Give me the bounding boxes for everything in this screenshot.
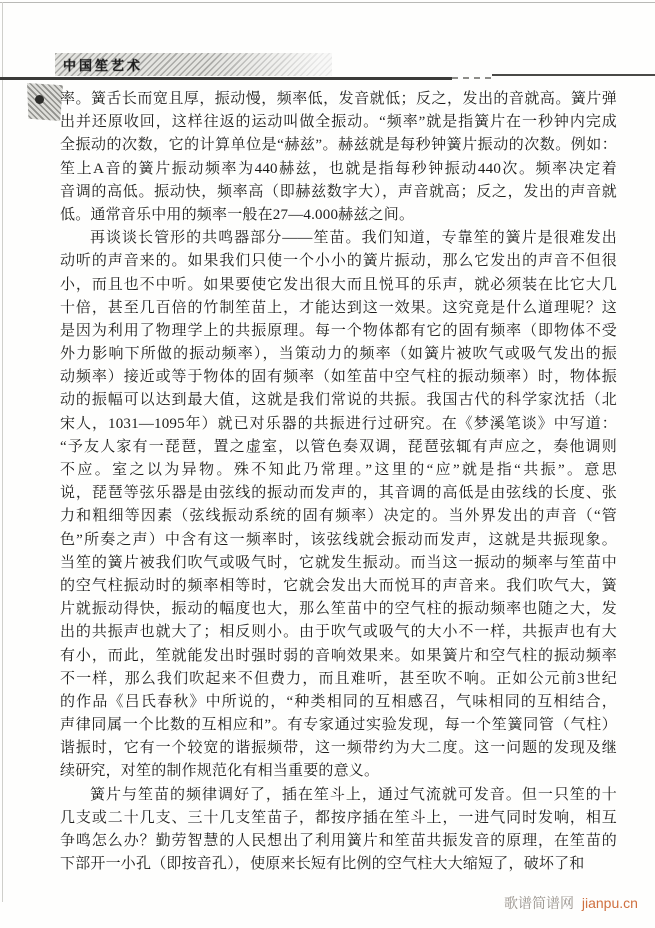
- scanned-book-page: 中国笙艺术 率。簧舌长而宽且厚，振动慢，频率低，发音就低；反之，发出的音就高。簧…: [0, 0, 655, 928]
- text-line: 力和粗细等因素（弦线振动系统的固有频率）决定的。当外界发出的声音（“管: [60, 505, 617, 528]
- text-line: 十倍，甚至几百倍的竹制笙苗上，才能达到这一效果。这究竟是什么道理呢？这: [60, 297, 617, 320]
- text-line: 宋人，1031—1095年）就已对乐器的共振进行过研究。在《梦溪笔谈》中写道：: [60, 413, 617, 436]
- text-line: 动听的声音来的。如果我们只使一个小小的簧片振动，那么它发出的声音不但很: [60, 250, 617, 273]
- text-line: 小，而且也不中听。如果要使它发出很大而且悦耳的乐声，就必须装在比它大几: [60, 274, 617, 297]
- text-line: 的作品《吕氏春秋》中所说的，“种类相同的互相感召，气味相同的互相结合，: [60, 691, 617, 714]
- text-line: 动的振幅可以达到最大值，这就是我们常说的共振。我国古代的科学家沈括（北: [60, 389, 617, 412]
- text-line: 有小，而此，笙就能发出时强时弱的音响效果来。如果簧片和空气柱的振动频率: [60, 645, 617, 668]
- page-edge-top: [0, 2, 655, 3]
- watermark-site-name: 歌谱简谱网: [504, 895, 574, 911]
- text-line: 续研究，对笙的制作规范化有相当重要的意义。: [60, 760, 617, 783]
- text-line: 色”所奏之声）中含有这一频率时，该弦线就会振动而发声，这就是共振现象。: [60, 529, 617, 552]
- text-line: 笙上A音的簧片振动频率为440赫兹，也就是指每秒钟振动440次。频率决定着: [60, 158, 617, 181]
- text-line: 外力影响下所做的振动频率），当策动力的频率（如簧片被吹气或吸气发出的振: [60, 343, 617, 366]
- text-line: 出的共振声也就大了；相反则小。由于吹气或吸气的大小不一样，共振声也有大: [60, 621, 617, 644]
- text-column: 率。簧舌长而宽且厚，振动慢，频率低，发音就低；反之，发出的音就高。簧片弹出并还原…: [60, 88, 617, 876]
- watermark: 歌谱简谱网 jianpu.cn: [504, 893, 638, 913]
- text-line: 再谈谈长管形的共鸣器部分——笙苗。我们知道，专靠笙的簧片是很难发出: [60, 227, 617, 250]
- corner-dot: [35, 95, 44, 104]
- text-line: 低。通常音乐中用的频率一般在27—4.000赫兹之间。: [60, 204, 617, 227]
- header-rule-left: [0, 77, 452, 80]
- text-line: 谐振时，它有一个较宽的谐振频带，这一频带约为大二度。这一问题的发现及继: [60, 737, 617, 760]
- text-line: 当笙的簧片被我们吹气或吸气时，它就发生振动。而当这一振动的频率与笙苗中: [60, 552, 617, 575]
- text-line: 簧片与笙苗的频律调好了，插在笙斗上，通过气流就可发音。但一只笙的十: [60, 784, 617, 807]
- text-line: 说，琵琶等弦乐器是由弦线的振动而发声的，其音调的高低是由弦线的长度、张: [60, 482, 617, 505]
- corner-ornament: [27, 83, 63, 121]
- text-line: 音调的高低。振动快，频率高（即赫兹数字大），声音就高；反之，发出的声音就: [60, 181, 617, 204]
- running-head-band: 中国笙艺术: [55, 53, 332, 76]
- text-line: “予友人家有一琵琶，置之虚室，以管色奏双调，琵琶弦辄有声应之，奏他调则: [60, 436, 617, 459]
- text-line: 动频率）接近或等于物体的固有频率（如笙苗中空气柱的振动频率）时，物体振: [60, 366, 617, 389]
- text-line: 片就振动得快，振动的幅度也大，那么笙苗中的空气柱的振动频率也随之大，发: [60, 598, 617, 621]
- watermark-site-url: jianpu.cn: [582, 895, 638, 911]
- text-line: 的空气柱振动时的频率相等时，它就会发出大而悦耳的声音来。我们吹气大，簧: [60, 575, 617, 598]
- header-rule-right: [492, 74, 655, 76]
- text-line: 全振动的次数，它的计算单位是“赫兹”。赫兹就是每秒钟簧片振动的次数。例如：: [60, 134, 617, 157]
- text-line: 率。簧舌长而宽且厚，振动慢，频率低，发音就低；反之，发出的音就高。簧片弹: [60, 88, 617, 111]
- text-line: 是因为利用了物理学上的共振原理。每一个物体都有它的固有频率（即物体不受: [60, 320, 617, 343]
- text-line: 下部开一小孔（即按音孔），使原来长短有比例的空气柱大大缩短了，破坏了和: [60, 853, 617, 876]
- text-line: 几支或二十几支、三十几支笙苗子，都按序插在笙斗上，一进气同时发响，相互: [60, 807, 617, 830]
- header-rule-middle: [452, 77, 492, 79]
- text-line: 不一样，那么我们吹起来不但费力，而且难听，甚至吹不响。正如公元前3世纪: [60, 668, 617, 691]
- page-title: 中国笙艺术: [55, 55, 143, 74]
- text-line: 不应。室之以为异物。殊不知此乃常理。”这里的“应”就是指“共振”。意思: [60, 459, 617, 482]
- text-line: 出并还原收回，这样往返的运动叫做全振动。“频率”就是指簧片在一秒钟内完成: [60, 111, 617, 134]
- text-line: 争鸣怎么办？勤劳智慧的人民想出了利用簧片和笙苗共振发音的原理，在笙苗的: [60, 830, 617, 853]
- text-line: 声律同属一个比数的互相应和”。有专家通过实验发现，每一个笙簧同管（气柱）: [60, 714, 617, 737]
- page-edge-left: [2, 2, 3, 902]
